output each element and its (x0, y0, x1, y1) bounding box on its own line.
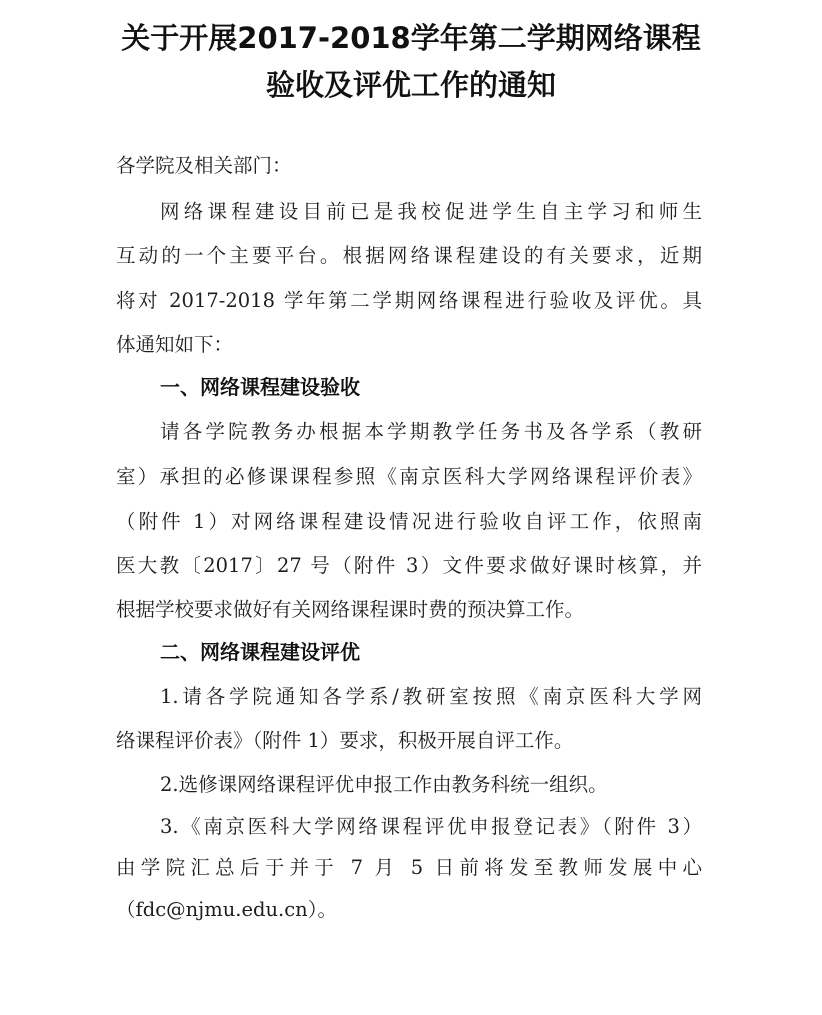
intro-line: 网络课程建设目前已是我校促进学生自主学习和师生 (160, 199, 702, 225)
document-title-line-2: 验收及评优工作的通知 (0, 63, 822, 104)
section-1-line: （附件 1）对网络课程建设情况进行验收自评工作，依照南 (116, 509, 702, 535)
document-page: 关于开展2017-2018学年第二学期网络课程 验收及评优工作的通知 各学院及相… (0, 0, 822, 1015)
contact-email: （fdc@njmu.edu.cn）。 (116, 897, 337, 923)
section-1-line: 根据学校要求做好有关网络课程课时费的预决算工作。 (116, 597, 584, 623)
section-2-line: 络课程评价表》（附件 1）要求，积极开展自评工作。 (116, 728, 573, 754)
section-1-line: 医大教〔2017〕27 号（附件 3）文件要求做好课时核算，并 (116, 553, 702, 579)
section-2-line: 1.请各学院通知各学系/教研室按照《南京医科大学网 (160, 684, 702, 710)
salutation: 各学院及相关部门： (116, 153, 292, 179)
section-1-line: 请各学院教务办根据本学期教学任务书及各学系（教研 (160, 419, 702, 445)
intro-line: 互动的一个主要平台。根据网络课程建设的有关要求，近期 (116, 243, 702, 269)
section-1-line: 室）承担的必修课课程参照《南京医科大学网络课程评价表》 (116, 464, 702, 490)
intro-line: 将对 2017-2018 学年第二学期网络课程进行验收及评优。具 (116, 288, 702, 314)
section-heading-2: 二、网络课程建设评优 (160, 639, 360, 665)
section-2-line: 由学院汇总后于并于 7 月 5 日前将发至教师发展中心 (116, 855, 702, 881)
intro-line: 体通知如下： (116, 332, 233, 358)
section-heading-1: 一、网络课程建设验收 (160, 374, 360, 400)
document-title-line-1: 关于开展2017-2018学年第二学期网络课程 (0, 16, 822, 57)
section-2-line: 3.《南京医科大学网络课程评优申报登记表》（附件 3） (160, 814, 702, 840)
section-2-line: 2.选修课网络课程评优申报工作由教务科统一组织。 (160, 772, 608, 798)
